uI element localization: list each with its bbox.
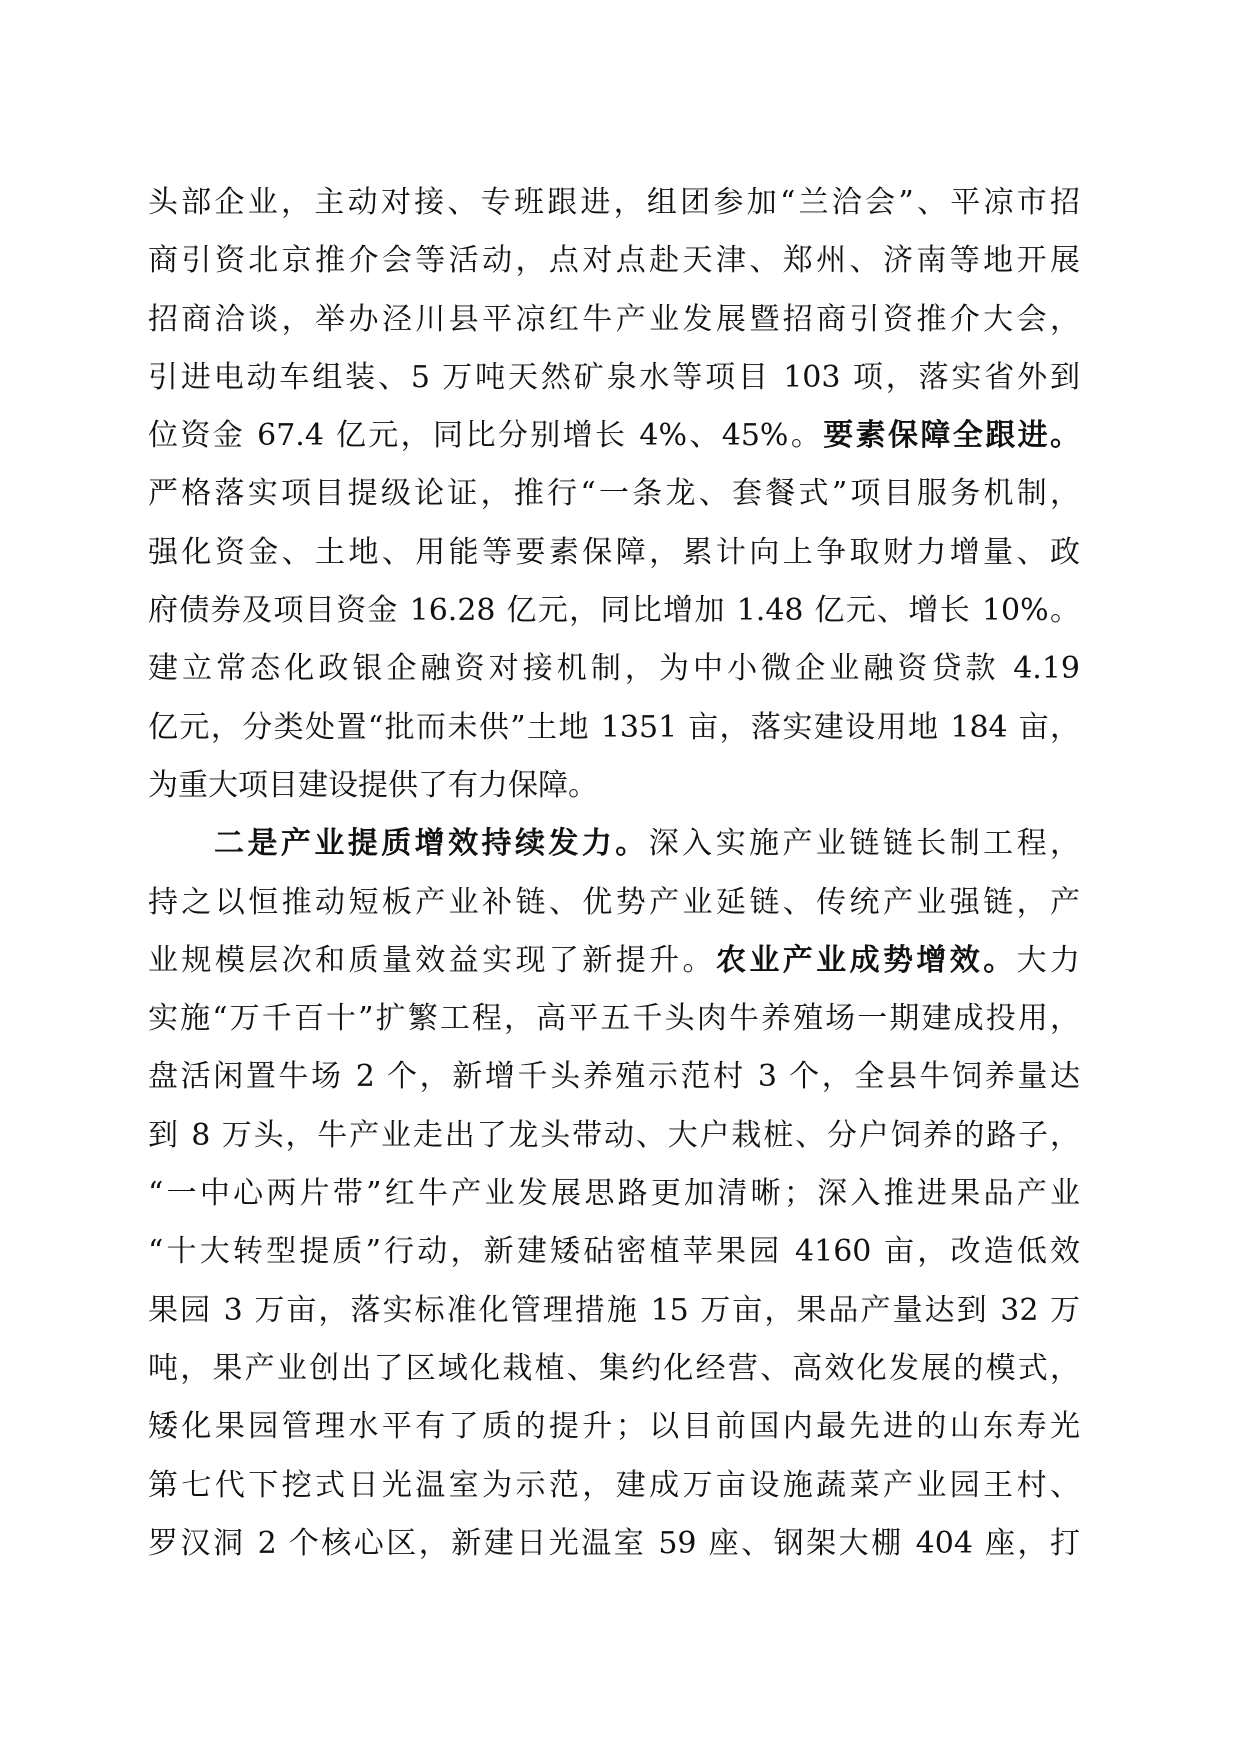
text-line: 第七代下挖式日光温室为示范，建成万亩设施蔬菜产业园王村、	[148, 1461, 1080, 1519]
text-line: 二是产业提质增效持续发力。深入实施产业链链长制工程，	[148, 819, 1080, 877]
text-line: 罗汉洞 2 个核心区，新建日光温室 59 座、钢架大棚 404 座，打	[148, 1519, 1080, 1577]
body-text-segment: 盘活闲置牛场 2 个，新增千头养殖示范村 3 个，全县牛饲养量达	[148, 1059, 1080, 1094]
text-line: 商引资北京推介会等活动，点对点赴天津、郑州、济南等地开展	[148, 236, 1080, 294]
bold-heading-text: 要素保障全跟进。	[823, 418, 1080, 453]
text-line: 府债券及项目资金 16.28 亿元，同比增加 1.48 亿元、增长 10%。	[148, 586, 1080, 644]
body-text-segment: 强化资金、土地、用能等要素保障，累计向上争取财力增量、政	[148, 535, 1080, 570]
text-line: 持之以恒推动短板产业补链、优势产业延链、传统产业强链，产	[148, 878, 1080, 936]
body-text-segment: 罗汉洞 2 个核心区，新建日光温室 59 座、钢架大棚 404 座，打	[148, 1526, 1080, 1561]
bold-heading-text: 二是产业提质增效持续发力。	[214, 826, 649, 861]
body-text-segment: “一中心两片带”红牛产业发展思路更加清晰；深入推进果品产业	[148, 1176, 1080, 1211]
text-line: 为重大项目建设提供了有力保障。	[148, 761, 1080, 819]
body-text-segment: 第七代下挖式日光温室为示范，建成万亩设施蔬菜产业园王村、	[148, 1468, 1080, 1503]
text-line: 严格落实项目提级论证，推行“一条龙、套餐式”项目服务机制，	[148, 469, 1080, 527]
body-text-segment: 招商洽谈，举办泾川县平凉红牛产业发展暨招商引资推介大会，	[148, 302, 1080, 337]
text-line: 建立常态化政银企融资对接机制，为中小微企业融资贷款 4.19	[148, 644, 1080, 702]
text-line: 强化资金、土地、用能等要素保障，累计向上争取财力增量、政	[148, 528, 1080, 586]
text-line: 实施“万千百十”扩繁工程，高平五千头肉牛养殖场一期建成投用，	[148, 994, 1080, 1052]
body-text-segment: 果园 3 万亩，落实标准化管理措施 15 万亩，果品产量达到 32 万	[148, 1293, 1080, 1328]
body-text-segment: 实施“万千百十”扩繁工程，高平五千头肉牛养殖场一期建成投用，	[148, 1001, 1080, 1036]
body-text-segment: 头部企业，主动对接、专班跟进，组团参加“兰洽会”、平凉市招	[148, 185, 1080, 220]
document-page: 头部企业，主动对接、专班跟进，组团参加“兰洽会”、平凉市招商引资北京推介会等活动…	[0, 0, 1240, 1753]
text-line: “十大转型提质”行动，新建矮砧密植苹果园 4160 亩，改造低效	[148, 1227, 1080, 1285]
body-text-segment: “十大转型提质”行动，新建矮砧密植苹果园 4160 亩，改造低效	[148, 1234, 1080, 1269]
text-line: 吨，果产业创出了区域化栽植、集约化经营、高效化发展的模式，	[148, 1344, 1080, 1402]
body-text-segment: 位资金 67.4 亿元，同比分别增长 4%、45%。	[148, 418, 823, 453]
text-line: 盘活闲置牛场 2 个，新增千头养殖示范村 3 个，全县牛饲养量达	[148, 1052, 1080, 1110]
text-line: 亿元，分类处置“批而未供”土地 1351 亩，落实建设用地 184 亩，	[148, 703, 1080, 761]
body-text-segment: 深入实施产业链链长制工程，	[649, 826, 1080, 861]
body-text-segment: 到 8 万头，牛产业走出了龙头带动、大户栽桩、分户饲养的路子，	[148, 1118, 1080, 1153]
body-text-segment: 为重大项目建设提供了有力保障。	[148, 768, 598, 803]
text-line: 果园 3 万亩，落实标准化管理措施 15 万亩，果品产量达到 32 万	[148, 1286, 1080, 1344]
text-line: 业规模层次和质量效益实现了新提升。农业产业成势增效。大力	[148, 936, 1080, 994]
text-line: “一中心两片带”红牛产业发展思路更加清晰；深入推进果品产业	[148, 1169, 1080, 1227]
text-line: 头部企业，主动对接、专班跟进，组团参加“兰洽会”、平凉市招	[148, 178, 1080, 236]
body-text-segment: 商引资北京推介会等活动，点对点赴天津、郑州、济南等地开展	[148, 243, 1080, 278]
body-text-segment: 持之以恒推动短板产业补链、优势产业延链、传统产业强链，产	[148, 885, 1080, 920]
body-text-segment: 矮化果园管理水平有了质的提升；以目前国内最先进的山东寿光	[148, 1409, 1080, 1444]
text-line: 引进电动车组装、5 万吨天然矿泉水等项目 103 项，落实省外到	[148, 353, 1080, 411]
text-line: 招商洽谈，举办泾川县平凉红牛产业发展暨招商引资推介大会，	[148, 295, 1080, 353]
bold-heading-text: 农业产业成势增效。	[716, 943, 1017, 978]
body-text-segment: 建立常态化政银企融资对接机制，为中小微企业融资贷款 4.19	[148, 651, 1080, 686]
paragraph: 二是产业提质增效持续发力。深入实施产业链链长制工程，持之以恒推动短板产业补链、优…	[148, 819, 1088, 1577]
text-line: 到 8 万头，牛产业走出了龙头带动、大户栽桩、分户饲养的路子，	[148, 1111, 1080, 1169]
body-text-segment: 严格落实项目提级论证，推行“一条龙、套餐式”项目服务机制，	[148, 476, 1080, 511]
body-text-segment: 亿元，分类处置“批而未供”土地 1351 亩，落实建设用地 184 亩，	[148, 710, 1080, 745]
body-text-segment: 吨，果产业创出了区域化栽植、集约化经营、高效化发展的模式，	[148, 1351, 1080, 1386]
paragraph: 头部企业，主动对接、专班跟进，组团参加“兰洽会”、平凉市招商引资北京推介会等活动…	[148, 178, 1088, 819]
body-text-segment: 大力	[1017, 943, 1080, 978]
body-text-segment: 府债券及项目资金 16.28 亿元，同比增加 1.48 亿元、增长 10%。	[148, 593, 1080, 628]
text-line: 矮化果园管理水平有了质的提升；以目前国内最先进的山东寿光	[148, 1402, 1080, 1460]
body-text-segment: 业规模层次和质量效益实现了新提升。	[148, 943, 716, 978]
body-text: 头部企业，主动对接、专班跟进，组团参加“兰洽会”、平凉市招商引资北京推介会等活动…	[148, 178, 1088, 1577]
text-line: 位资金 67.4 亿元，同比分别增长 4%、45%。要素保障全跟进。	[148, 411, 1080, 469]
body-text-segment: 引进电动车组装、5 万吨天然矿泉水等项目 103 项，落实省外到	[148, 360, 1080, 395]
